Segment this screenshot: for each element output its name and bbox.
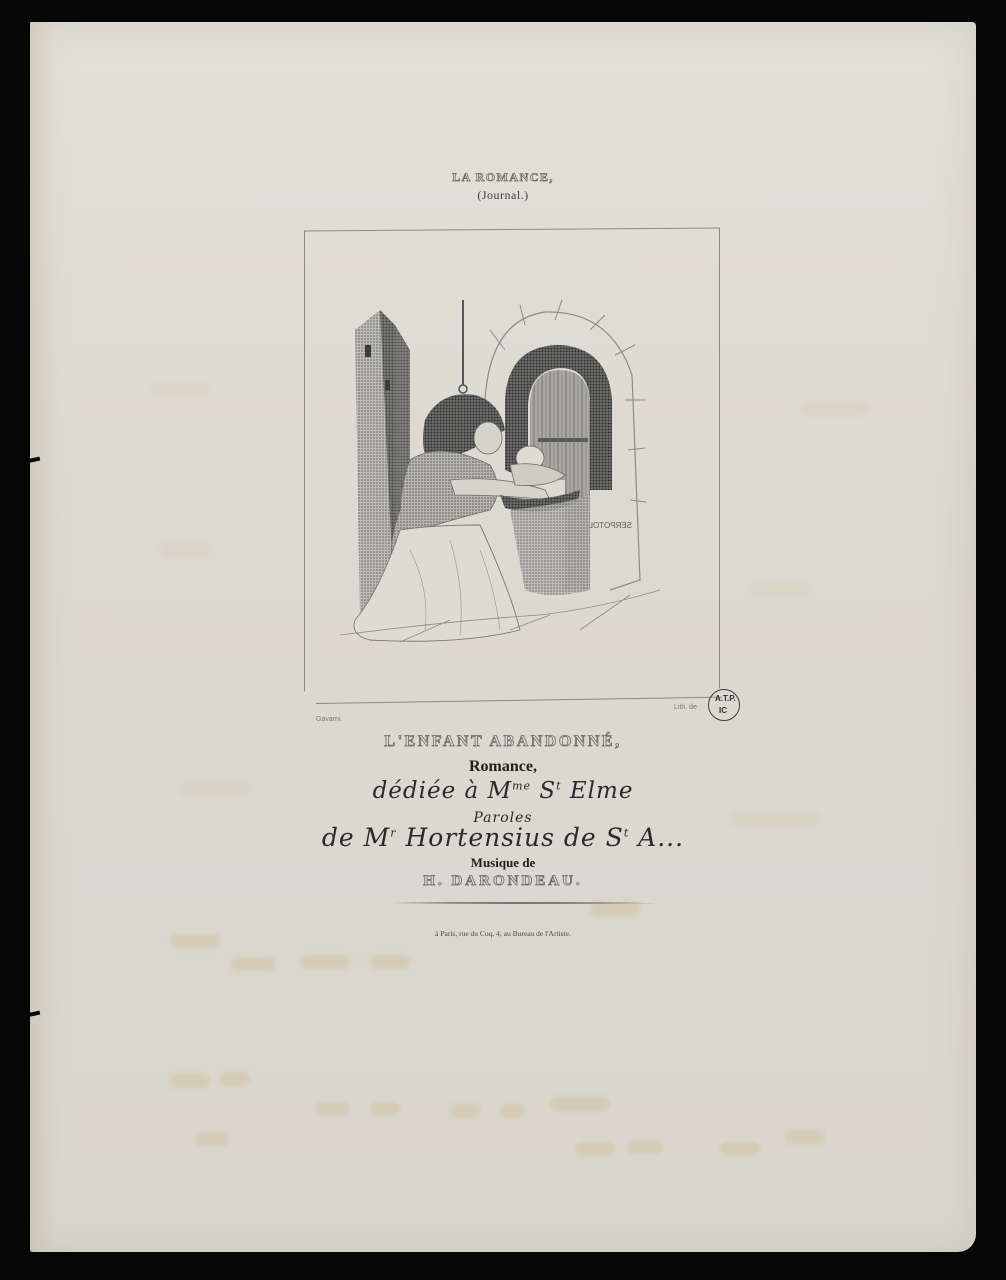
library-stamp-icon: A.T.P. IC xyxy=(708,689,740,721)
lyricist-prefix: de M xyxy=(322,823,390,852)
composer-name: H. DARONDEAU. xyxy=(0,873,1006,890)
paper-stain xyxy=(300,955,350,969)
paper-stain xyxy=(800,402,870,416)
paper-stain xyxy=(628,1140,663,1154)
paper-stain xyxy=(150,382,210,396)
wall-inscription: SERPOTOL xyxy=(588,521,632,530)
dedication: dédiée à Mme St Elme xyxy=(0,778,1006,804)
lithograph-illustration: SERPOTOL xyxy=(340,290,670,650)
paper-stain xyxy=(370,1102,400,1116)
lyricist-suffix: A... xyxy=(629,823,684,852)
paper-stain xyxy=(590,902,640,916)
paper-stain xyxy=(170,1074,210,1088)
paper-stain xyxy=(195,1132,230,1146)
paper-stain xyxy=(500,1104,525,1118)
paper-stain xyxy=(785,1130,825,1144)
decorative-rule xyxy=(390,902,656,904)
lyricist-name: Hortensius de S xyxy=(397,823,624,852)
paper-stain xyxy=(220,1072,250,1086)
song-genre: Romance, xyxy=(0,758,1006,776)
paper-stain xyxy=(160,542,210,556)
dedication-prefix: dédiée à M xyxy=(373,778,513,804)
paper-stain xyxy=(550,1097,610,1111)
publisher-imprint: à Paris, rue du Coq, 4, au Bureau de l'A… xyxy=(0,929,1006,938)
stamp-text-top: A.T.P. xyxy=(715,694,736,703)
paper-stain xyxy=(450,1104,480,1118)
lyricist: de Mr Hortensius de St A... xyxy=(0,823,1006,852)
paper-stain xyxy=(315,1102,350,1116)
printer-credit: Lith. de xyxy=(674,704,697,711)
dedication-name-prefix: S xyxy=(531,778,556,804)
journal-title: LA ROMANCE, xyxy=(0,170,1006,185)
stamp-text-bottom: IC xyxy=(719,706,727,715)
journal-subtitle: (Journal.) xyxy=(0,188,1006,203)
paper-stain xyxy=(720,1142,760,1156)
dedication-name: Elme xyxy=(562,778,634,804)
artist-credit: Gavarni. xyxy=(316,716,342,723)
paper-stain xyxy=(575,1142,615,1156)
paper-stain xyxy=(370,955,410,969)
paper-stain xyxy=(750,582,810,596)
paper-stain xyxy=(230,957,275,971)
song-title: L'ENFANT ABANDONNÉ, xyxy=(0,733,1006,751)
music-label: Musique de xyxy=(0,855,1006,871)
dedication-honorific: me xyxy=(512,779,531,792)
